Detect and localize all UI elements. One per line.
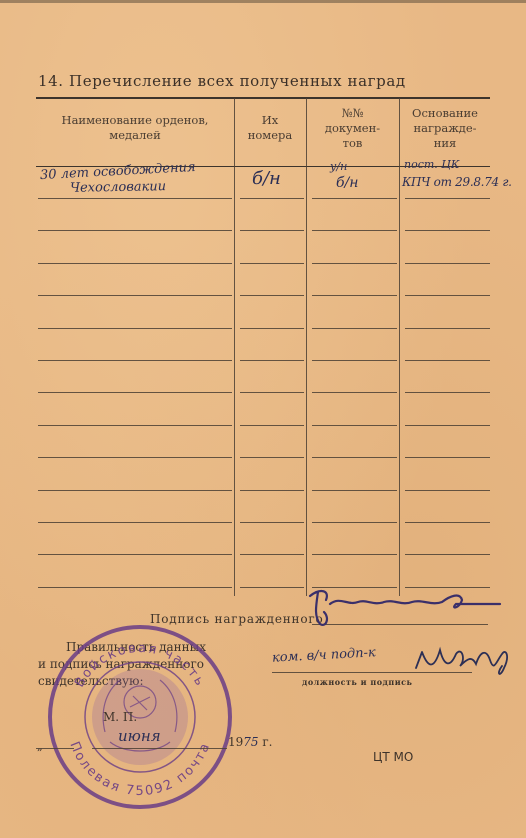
document-number-line2: б/н — [336, 175, 358, 191]
row-line — [240, 263, 304, 264]
column-divider — [306, 98, 307, 596]
official-position-handwritten: ком. в/ч подп-к — [272, 645, 376, 665]
row-line — [312, 425, 397, 426]
row-line — [240, 554, 304, 555]
row-line — [38, 295, 232, 296]
row-line — [240, 490, 304, 491]
date-month-handwritten: июня — [118, 727, 161, 745]
row-line — [312, 263, 397, 264]
row-line — [405, 490, 490, 491]
row-line — [405, 295, 490, 296]
official-caption: должность и подпись — [302, 677, 412, 687]
official-signature — [410, 638, 520, 684]
row-line — [312, 554, 397, 555]
section-number: 14. — [38, 72, 64, 90]
row-line — [405, 360, 490, 361]
award-name-line2: Чехословакии — [70, 179, 166, 196]
row-line — [312, 328, 397, 329]
document-number-line1: у/н — [330, 160, 347, 173]
column-divider — [234, 98, 235, 596]
section-title: 14. Перечисление всех полученных наград — [38, 72, 406, 90]
row-line — [38, 360, 232, 361]
row-line — [38, 263, 232, 264]
recipient-signature — [300, 582, 510, 632]
date-month-line — [92, 748, 227, 749]
section-title-text: Перечисление всех полученных наград — [69, 72, 406, 90]
row-line — [240, 360, 304, 361]
row-line — [405, 328, 490, 329]
date-day-line — [36, 748, 74, 749]
row-line — [38, 392, 232, 393]
date-quote: „ — [37, 740, 43, 753]
row-line — [240, 295, 304, 296]
column-divider — [399, 98, 400, 596]
row-line — [38, 490, 232, 491]
row-line — [240, 522, 304, 523]
basis-line2: КПЧ от 29.8.74 г. — [402, 175, 512, 189]
row-line — [312, 198, 397, 199]
row-line — [38, 554, 232, 555]
header-documents: №№ докумен- тов — [306, 106, 399, 151]
header-basis: Основание награжде- ния — [399, 106, 491, 151]
header-award-name: Наименование орденов, медалей — [36, 113, 234, 143]
row-line — [240, 587, 304, 588]
official-stamp: Войсковая часть Полевая 75092 почта — [45, 622, 235, 812]
row-line — [38, 328, 232, 329]
mp-label: М. П. — [103, 710, 137, 724]
row-line — [240, 392, 304, 393]
row-line — [312, 295, 397, 296]
row-line — [240, 198, 304, 199]
row-line — [405, 392, 490, 393]
basis-line1: пост. ЦК — [404, 158, 459, 171]
printer-mark: ЦТ МО — [373, 750, 413, 764]
row-line — [405, 554, 490, 555]
row-line — [240, 230, 304, 231]
header-numbers: Их номера — [234, 113, 306, 143]
row-line — [312, 457, 397, 458]
row-line — [312, 230, 397, 231]
row-line — [312, 392, 397, 393]
date-year: 1975 г. — [228, 735, 273, 749]
row-line — [38, 425, 232, 426]
row-line — [38, 198, 232, 199]
page-top-edge — [0, 0, 526, 3]
award-number: б/н — [252, 168, 281, 189]
row-line — [405, 263, 490, 264]
row-line — [38, 587, 232, 588]
row-line — [405, 457, 490, 458]
row-line — [240, 328, 304, 329]
row-line — [38, 230, 232, 231]
table-top-rule — [36, 97, 490, 99]
row-line — [240, 425, 304, 426]
row-line — [38, 457, 232, 458]
row-line — [405, 425, 490, 426]
row-line — [240, 457, 304, 458]
row-line — [312, 360, 397, 361]
row-line — [405, 230, 490, 231]
official-signature-line — [272, 672, 472, 673]
row-line — [405, 198, 490, 199]
row-line — [312, 490, 397, 491]
row-line — [405, 522, 490, 523]
row-line — [312, 522, 397, 523]
row-line — [38, 522, 232, 523]
